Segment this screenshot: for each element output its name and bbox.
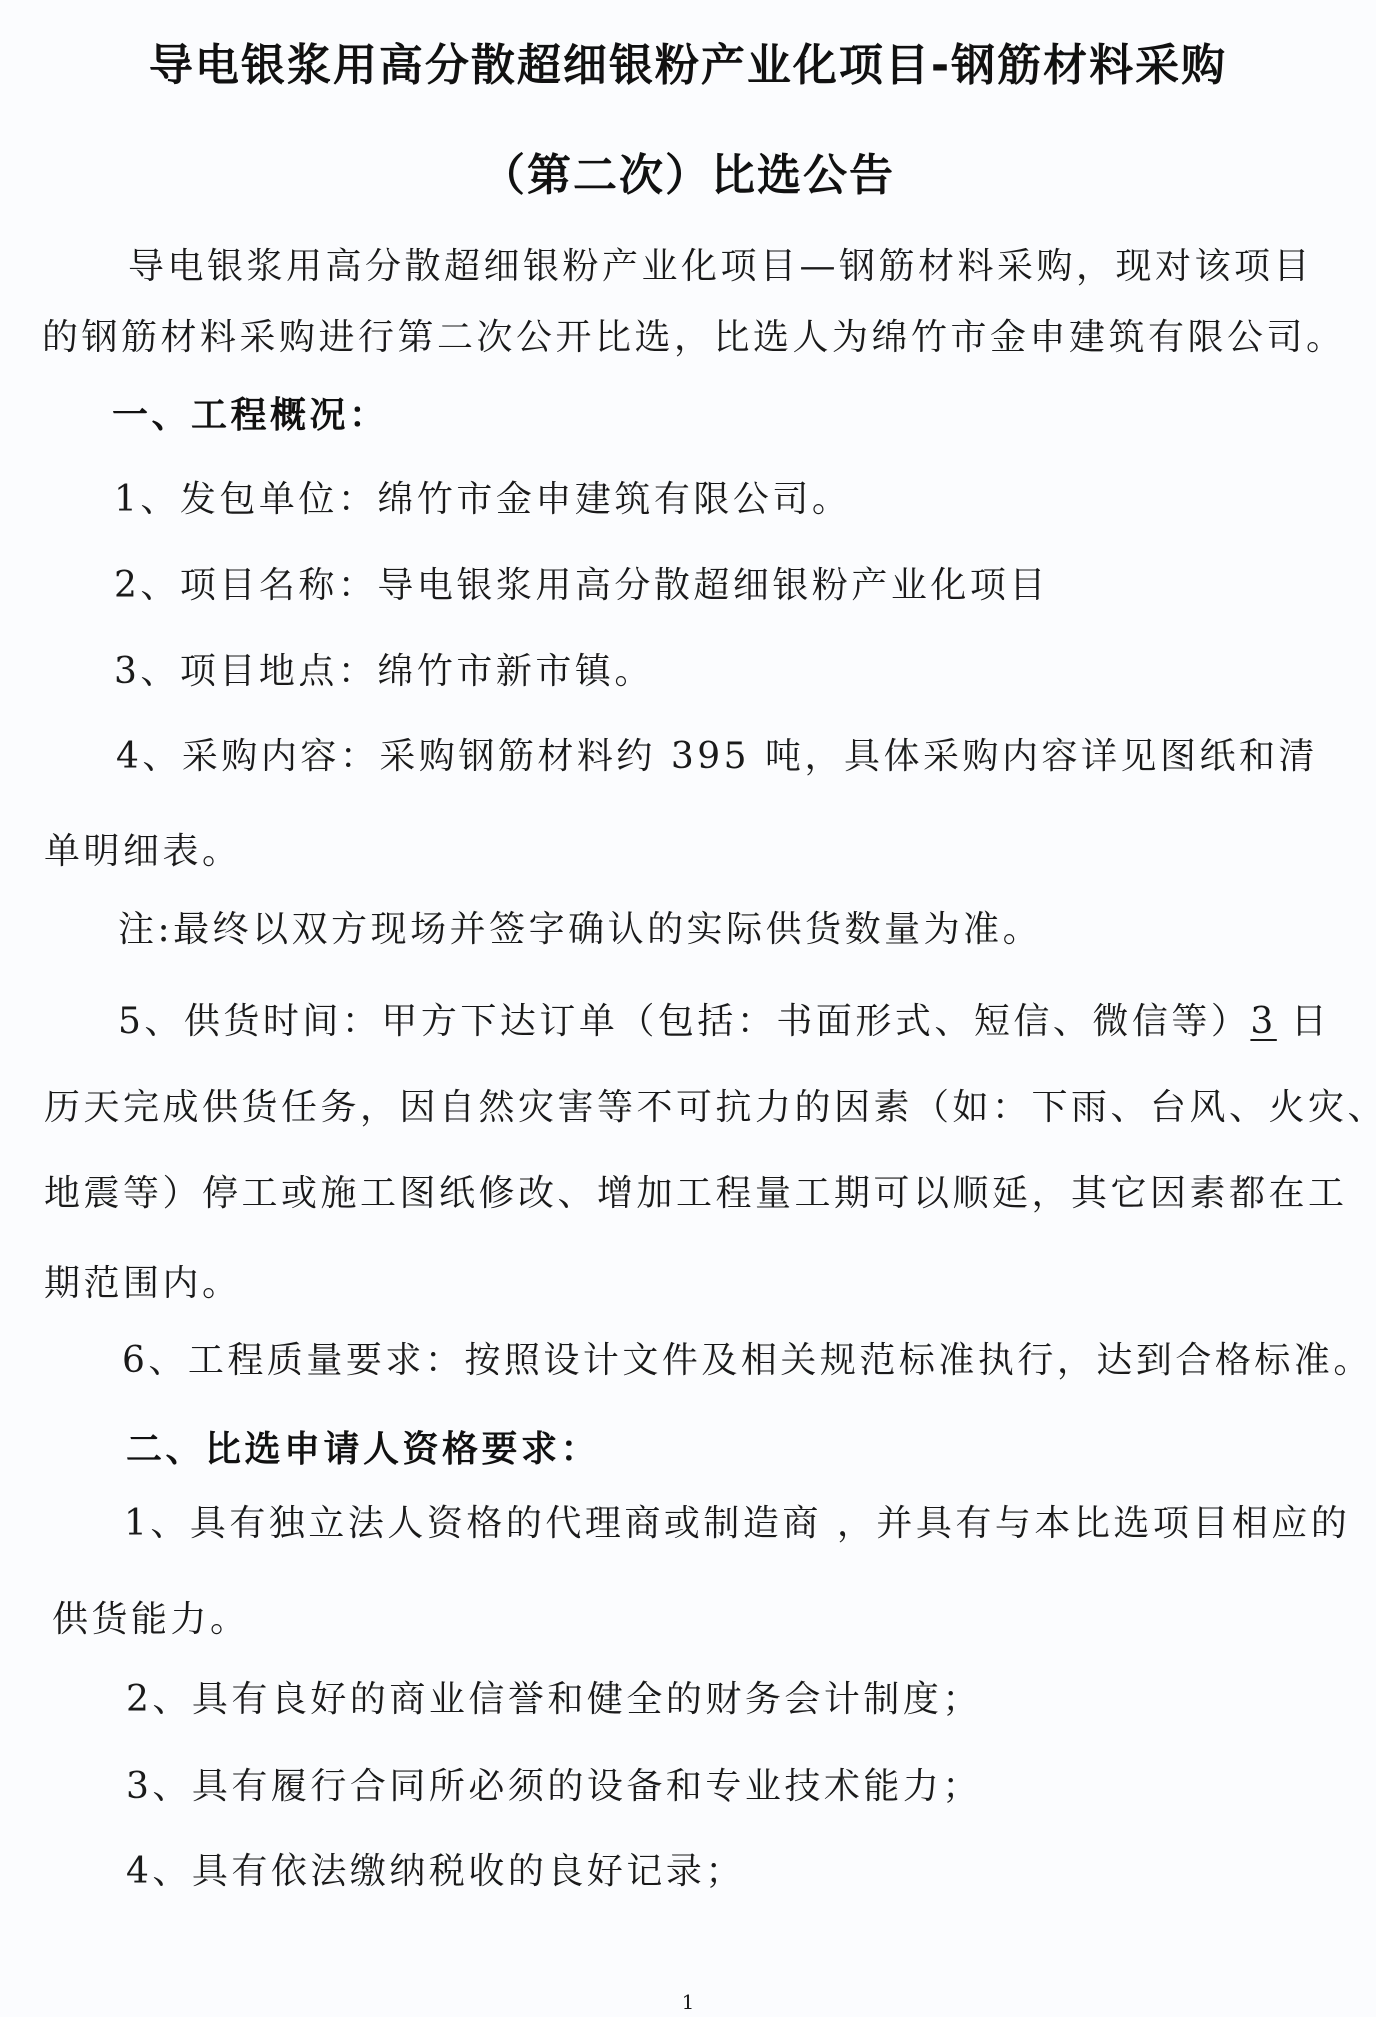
item-5-text-pre: 5、供货时间：甲方下达订单（包括：书面形式、短信、微信等）	[118, 1001, 1250, 1042]
document-title-line-1: 导电银浆用高分散超细银粉产业化项目-钢筋材料采购	[0, 38, 1376, 94]
item-5-days-value: 3	[1250, 1001, 1290, 1042]
document-title-line-2: （第二次）比选公告	[0, 148, 1376, 204]
section-2-heading: 二、比选申请人资格要求：	[126, 1428, 600, 1472]
section-1-note: 注:最终以双方现场并签字确认的实际供货数量为准。	[118, 908, 1042, 952]
section-1-item-1: 1、发包单位：绵竹市金申建筑有限公司。	[114, 478, 851, 522]
section-1-item-6: 6、工程质量要求：按照设计文件及相关规范标准执行，达到合格标准。	[122, 1339, 1373, 1383]
section-2-item-3: 3、具有履行合同所必须的设备和专业技术能力；	[126, 1765, 982, 1809]
section-1-item-5-line-4: 期范围内。	[44, 1262, 242, 1306]
intro-line-1: 导电银浆用高分散超细银粉产业化项目—钢筋材料采购，现对该项目	[128, 245, 1313, 289]
section-1-item-5-line-1: 5、供货时间：甲方下达订单（包括：书面形式、短信、微信等）3日	[118, 1000, 1330, 1044]
intro-line-2: 的钢筋材料采购进行第二次公开比选，比选人为绵竹市金申建筑有限公司。	[42, 316, 1346, 360]
section-1-item-5-line-3: 地震等）停工或施工图纸修改、增加工程量工期可以顺延，其它因素都在工	[44, 1172, 1348, 1216]
page-number: 1	[0, 1990, 1376, 2014]
section-1-item-2: 2、项目名称：导电银浆用高分散超细银粉产业化项目	[114, 564, 1049, 608]
section-2-item-1-line-1: 1、具有独立法人资格的代理商或制造商 ，并具有与本比选项目相应的	[124, 1502, 1350, 1546]
document-page: 导电银浆用高分散超细银粉产业化项目-钢筋材料采购 （第二次）比选公告 导电银浆用…	[0, 0, 1376, 2017]
section-2-item-2: 2、具有良好的商业信誉和健全的财务会计制度；	[126, 1678, 982, 1722]
section-1-heading: 一、工程概况：	[112, 394, 389, 438]
section-2-item-1-line-2: 供货能力。	[52, 1598, 250, 1642]
item-5-text-post: 日	[1291, 1001, 1331, 1042]
section-1-item-5-line-2: 历天完成供货任务，因自然灾害等不可抗力的因素（如：下雨、台风、火灾、	[44, 1086, 1376, 1130]
section-1-item-4-line-2: 单明细表。	[44, 830, 242, 874]
section-1-item-4-line-1: 4、采购内容：采购钢筋材料约 395 吨，具体采购内容详见图纸和清	[116, 735, 1318, 779]
section-1-item-3: 3、项目地点：绵竹市新市镇。	[114, 650, 654, 694]
section-2-item-4: 4、具有依法缴纳税收的良好记录；	[126, 1850, 745, 1894]
